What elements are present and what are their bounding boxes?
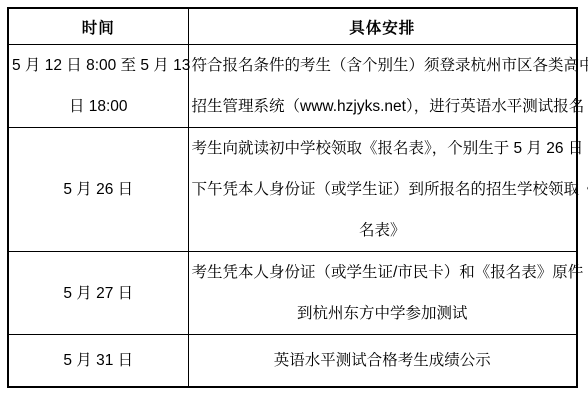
time-text-line: 5 月 31 日 [12,340,185,381]
detail-cell: 考生向就读初中学校领取《报名表》，个别生于 5 月 26 日 下午凭本人身份证（… [188,128,577,252]
time-text-line: 5 月 26 日 [12,169,185,210]
detail-text-line: 符合报名条件的考生（含个别生）须登录杭州市区各类高中 [192,45,574,86]
table-row: 5 月 26 日 考生向就读初中学校领取《报名表》，个别生于 5 月 26 日 … [8,128,577,252]
detail-text-line: 名表》 [192,210,574,251]
time-text-line: 5 月 12 日 8:00 至 5 月 13 [12,45,185,86]
time-text-line: 日 18:00 [12,86,185,127]
time-cell: 5 月 31 日 [8,335,188,388]
detail-text-line: 到杭州东方中学参加测试 [192,293,574,334]
detail-text-line: 英语水平测试合格考生成绩公示 [192,340,574,381]
detail-text-line: 考生向就读初中学校领取《报名表》，个别生于 5 月 26 日 [192,128,574,169]
table-row: 5 月 12 日 8:00 至 5 月 13 日 18:00 符合报名条件的考生… [8,45,577,128]
detail-text-line: 招生管理系统（www.hzjyks.net），进行英语水平测试报名 [192,86,574,127]
time-cell: 5 月 12 日 8:00 至 5 月 13 日 18:00 [8,45,188,128]
detail-text-line: 考生凭本人身份证（或学生证/市民卡）和《报名表》原件 [192,252,574,293]
detail-cell: 符合报名条件的考生（含个别生）须登录杭州市区各类高中 招生管理系统（www.hz… [188,45,577,128]
detail-text-line: 下午凭本人身份证（或学生证）到所报名的招生学校领取《报 [192,169,574,210]
schedule-table: 时间 具体安排 5 月 12 日 8:00 至 5 月 13 日 18:00 符… [7,7,578,388]
table-row: 5 月 27 日 考生凭本人身份证（或学生证/市民卡）和《报名表》原件 到杭州东… [8,252,577,335]
detail-cell: 英语水平测试合格考生成绩公示 [188,335,577,388]
table-row: 5 月 31 日 英语水平测试合格考生成绩公示 [8,335,577,388]
time-column-header: 时间 [8,8,188,45]
detail-cell: 考生凭本人身份证（或学生证/市民卡）和《报名表》原件 到杭州东方中学参加测试 [188,252,577,335]
time-text-line: 5 月 27 日 [12,273,185,314]
header-row: 时间 具体安排 [8,8,577,45]
detail-column-header: 具体安排 [188,8,577,45]
page: 时间 具体安排 5 月 12 日 8:00 至 5 月 13 日 18:00 符… [0,0,588,395]
time-cell: 5 月 26 日 [8,128,188,252]
time-cell: 5 月 27 日 [8,252,188,335]
